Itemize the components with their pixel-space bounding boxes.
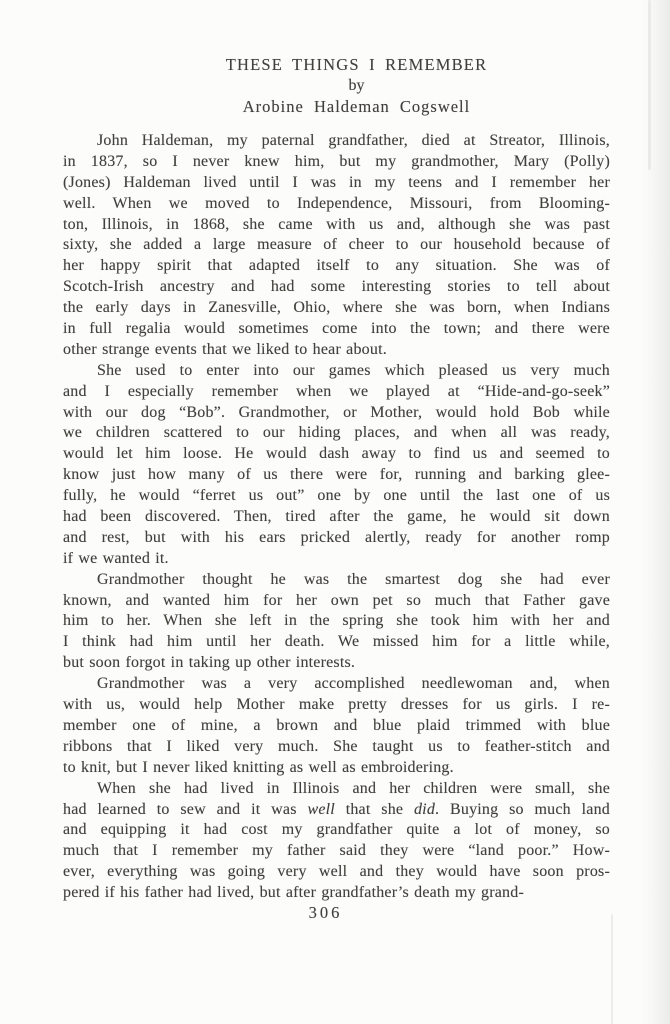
text-line: but soon forgot in taking up other inter… bbox=[63, 653, 610, 674]
page-edge-shadow bbox=[640, 0, 670, 1024]
text-run: much that I remember my father said they… bbox=[63, 842, 610, 859]
text-line: in 1837, so I never knew him, but my gra… bbox=[63, 152, 610, 173]
text-line: with us, would help Mother make pretty d… bbox=[63, 695, 610, 716]
text-run: I think had him until her death. We miss… bbox=[63, 633, 610, 650]
text-run: other strange events that we liked to he… bbox=[63, 341, 387, 358]
text-run: (Jones) Haldeman lived until I was in my… bbox=[63, 174, 610, 191]
text-line: the early days in Zanesville, Ohio, wher… bbox=[63, 298, 610, 319]
text-run: had been discovered. Then, tired after t… bbox=[63, 508, 610, 525]
scan-artifact-streak-top bbox=[648, 0, 651, 170]
text-line: ribbons that I liked very much. She taug… bbox=[63, 737, 610, 758]
text-line: other strange events that we liked to he… bbox=[63, 340, 610, 361]
text-line: fully, he would “ferret us out” one by o… bbox=[63, 486, 610, 507]
paragraph: She used to enter into our games which p… bbox=[63, 361, 610, 570]
page-number: 306 bbox=[52, 902, 599, 923]
text-line: her happy spirit that adapted itself to … bbox=[63, 256, 610, 277]
text-run: sixty, she added a large measure of chee… bbox=[63, 236, 610, 253]
text-run: but soon forgot in taking up other inter… bbox=[63, 654, 355, 671]
text-line: with our dog “Bob”. Grandmother, or Moth… bbox=[63, 403, 610, 424]
text-run: known, and wanted him for her own pet so… bbox=[63, 592, 610, 609]
text-line: would let him loose. He would dash away … bbox=[63, 444, 610, 465]
text-line: sixty, she added a large measure of chee… bbox=[63, 235, 610, 256]
text-run: her happy spirit that adapted itself to … bbox=[63, 257, 610, 274]
text-line: had been discovered. Then, tired after t… bbox=[63, 507, 610, 528]
text-run: to knit, but I never liked knitting as w… bbox=[63, 759, 454, 776]
text-run: and equipping it had cost my grandfather… bbox=[63, 821, 610, 838]
text-line: in full regalia would sometimes come int… bbox=[63, 319, 610, 340]
paragraph: Grandmother was a very accomplished need… bbox=[63, 674, 610, 778]
text-run: ton, Illinois, in 1868, she came with us… bbox=[63, 216, 610, 233]
text-run: fully, he would “ferret us out” one by o… bbox=[63, 487, 610, 504]
text-line: if we wanted it. bbox=[63, 549, 610, 570]
text-run: ever, everything was going very well and… bbox=[63, 863, 610, 880]
text-run: know just how many of us there were for,… bbox=[63, 466, 610, 483]
text-line: and equipping it had cost my grandfather… bbox=[63, 820, 610, 841]
text-run: with us, would help Mother make pretty d… bbox=[63, 696, 610, 713]
author-name: Arobine Haldeman Cogswell bbox=[83, 96, 630, 117]
text-line: much that I remember my father said they… bbox=[63, 841, 610, 862]
text-run: had learned to sew and it was bbox=[63, 801, 307, 818]
text-run: would let him loose. He would dash away … bbox=[63, 445, 610, 462]
italic-text: did bbox=[414, 801, 435, 818]
text-run: in 1837, so I never knew him, but my gra… bbox=[63, 153, 610, 170]
text-run: Grandmother was a very accomplished need… bbox=[97, 675, 610, 692]
text-run: if we wanted it. bbox=[63, 550, 169, 567]
body-text: John Haldeman, my paternal grandfather, … bbox=[63, 131, 610, 904]
scan-artifact-streak-bottom bbox=[611, 914, 613, 1024]
text-run: Scotch-Irish ancestry and had some inter… bbox=[63, 278, 610, 295]
text-run: we children scattered to our hiding plac… bbox=[63, 424, 610, 441]
text-line: She used to enter into our games which p… bbox=[63, 361, 610, 382]
text-line: him to her. When she left in the spring … bbox=[63, 611, 610, 632]
text-line: to knit, but I never liked knitting as w… bbox=[63, 758, 610, 779]
text-line: known, and wanted him for her own pet so… bbox=[63, 591, 610, 612]
text-run: member one of mine, a brown and blue pla… bbox=[63, 717, 610, 734]
text-run: pered if his father had lived, but after… bbox=[63, 884, 524, 901]
text-line: When she had lived in Illinois and her c… bbox=[63, 779, 610, 800]
text-line: Grandmother thought he was the smartest … bbox=[63, 570, 610, 591]
text-run: John Haldeman, my paternal grandfather, … bbox=[97, 132, 610, 149]
text-run: Grandmother thought he was the smartest … bbox=[97, 571, 610, 588]
text-line: ton, Illinois, in 1868, she came with us… bbox=[63, 215, 610, 236]
text-run: with our dog “Bob”. Grandmother, or Moth… bbox=[63, 404, 610, 421]
text-run: well. When we moved to Independence, Mis… bbox=[63, 195, 610, 212]
text-run: . Buying so much land bbox=[435, 801, 610, 818]
paragraph: Grandmother thought he was the smartest … bbox=[63, 570, 610, 674]
text-line: Scotch-Irish ancestry and had some inter… bbox=[63, 277, 610, 298]
chapter-title: THESE THINGS I REMEMBER bbox=[83, 54, 630, 76]
byline: by bbox=[83, 76, 630, 96]
chapter-heading: THESE THINGS I REMEMBER by Arobine Halde… bbox=[83, 54, 630, 117]
text-line: and rest, but with his ears pricked aler… bbox=[63, 528, 610, 549]
paragraph: John Haldeman, my paternal grandfather, … bbox=[63, 131, 610, 361]
text-line: member one of mine, a brown and blue pla… bbox=[63, 716, 610, 737]
text-line: Grandmother was a very accomplished need… bbox=[63, 674, 610, 695]
text-run: him to her. When she left in the spring … bbox=[63, 612, 610, 629]
text-line: we children scattered to our hiding plac… bbox=[63, 423, 610, 444]
italic-text: well bbox=[307, 801, 334, 818]
text-line: (Jones) Haldeman lived until I was in my… bbox=[63, 173, 610, 194]
text-run: in full regalia would sometimes come int… bbox=[63, 320, 610, 337]
text-run: ribbons that I liked very much. She taug… bbox=[63, 738, 610, 755]
text-line: well. When we moved to Independence, Mis… bbox=[63, 194, 610, 215]
text-line: pered if his father had lived, but after… bbox=[63, 883, 610, 904]
text-run: and rest, but with his ears pricked aler… bbox=[63, 529, 610, 546]
text-run: and I especially remember when we played… bbox=[63, 383, 610, 400]
text-run: She used to enter into our games which p… bbox=[97, 362, 610, 379]
text-line: John Haldeman, my paternal grandfather, … bbox=[63, 131, 610, 152]
paragraph: When she had lived in Illinois and her c… bbox=[63, 779, 610, 904]
scanned-book-page: THESE THINGS I REMEMBER by Arobine Halde… bbox=[0, 0, 670, 1024]
text-line: and I especially remember when we played… bbox=[63, 382, 610, 403]
text-line: had learned to sew and it was well that … bbox=[63, 800, 610, 821]
text-run: the early days in Zanesville, Ohio, wher… bbox=[63, 299, 610, 316]
text-line: I think had him until her death. We miss… bbox=[63, 632, 610, 653]
text-run: that she bbox=[335, 801, 414, 818]
text-line: ever, everything was going very well and… bbox=[63, 862, 610, 883]
text-run: When she had lived in Illinois and her c… bbox=[97, 780, 610, 797]
text-line: know just how many of us there were for,… bbox=[63, 465, 610, 486]
